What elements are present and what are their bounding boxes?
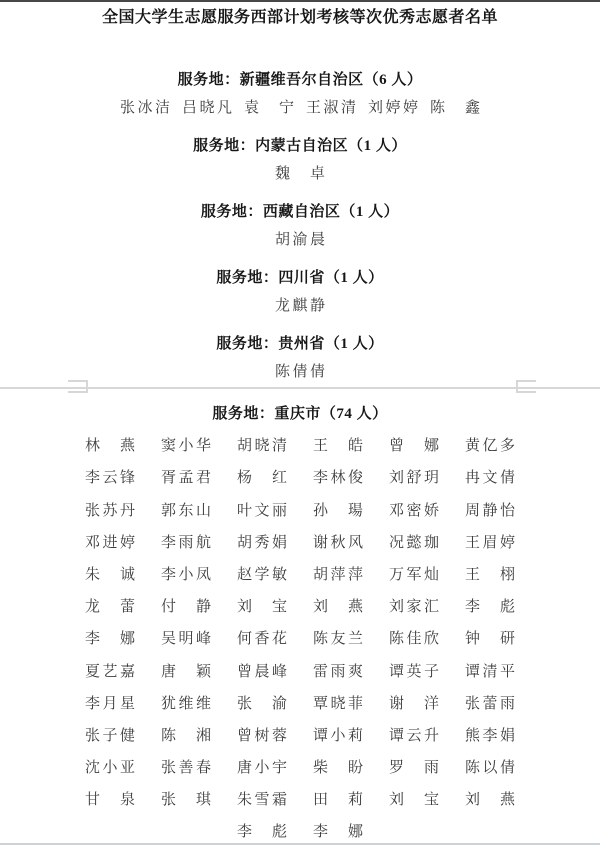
volunteer-name: 谭云升 [389,726,439,746]
volunteer-name: 李娜 [313,822,363,842]
volunteer-name: 胡渝晨 [275,230,325,250]
volunteer-name: 谢洋 [389,694,439,714]
volunteer-name: 王皓 [313,436,363,456]
volunteer-name: 吴明峰 [161,629,211,649]
volunteer-name: 罗雨 [389,758,439,778]
volunteer-name: 林燕 [85,436,135,456]
volunteer-name: 龙麒静 [275,296,325,316]
page-break-line [0,387,600,389]
volunteer-name: 覃晓菲 [313,694,363,714]
section-header: 服务地：内蒙古自治区（1 人） [0,136,600,156]
volunteer-name: 张苏丹 [85,501,135,521]
volunteer-name: 张善春 [161,758,211,778]
volunteer-name: 刘燕 [313,597,363,617]
volunteer-name: 郭东山 [161,501,211,521]
volunteer-name: 夏艺嘉 [85,662,135,682]
volunteer-name: 陈友兰 [313,629,363,649]
volunteer-name: 邓密娇 [389,501,439,521]
document-body: 服务地：新疆维吾尔自治区（6 人）张冰洁吕晓凡袁宁王淑清刘婷婷陈鑫服务地：内蒙古… [0,70,600,842]
page-corner-mark-left [68,380,88,393]
volunteer-name: 谭小莉 [313,726,363,746]
top-border [0,0,600,2]
volunteer-name: 胥孟君 [161,468,211,488]
volunteer-name: 陈湘 [161,726,211,746]
name-row: 夏艺嘉唐颖曾晨峰雷雨爽谭英子谭清平 [0,662,600,682]
volunteer-name: 雷雨爽 [313,662,363,682]
name-row: 林燕窦小华胡晓清王皓曾娜黄亿多 [0,436,600,456]
name-row: 龙麒静 [0,296,600,316]
volunteer-name: 龙蕾 [85,597,135,617]
volunteer-name: 刘宝 [389,790,439,810]
name-row: 李娜吴明峰何香花陈友兰陈佳欣钟研 [0,629,600,649]
volunteer-name: 李月星 [85,694,135,714]
section-header: 服务地：西藏自治区（1 人） [0,202,600,222]
page-break-divider [0,382,600,396]
volunteer-name: 曾娜 [389,436,439,456]
volunteer-name: 万军灿 [389,565,439,585]
volunteer-name: 谢秋风 [313,533,363,553]
name-row: 陈倩倩 [0,362,600,382]
name-row: 朱诚李小凤赵学敏胡萍萍万军灿王栩 [0,565,600,585]
name-row: 甘泉张琪朱雪霜田莉刘宝刘燕 [0,790,600,810]
volunteer-name: 黄亿多 [465,436,515,456]
name-row: 李彪李娜 [0,822,600,842]
volunteer-name: 沈小亚 [85,758,135,778]
page-corner-mark-right [516,380,536,393]
volunteer-name: 魏卓 [275,164,325,184]
name-row: 邓进婷李雨航胡秀娟谢秋风况懿珈王眉婷 [0,533,600,553]
volunteer-name: 陈倩倩 [275,362,325,382]
name-row: 胡渝晨 [0,230,600,250]
volunteer-name: 曾晨峰 [237,662,287,682]
volunteer-name: 王栩 [465,565,515,585]
volunteer-name: 张子健 [85,726,135,746]
volunteer-name: 张蕾雨 [465,694,515,714]
volunteer-name: 张琪 [161,790,211,810]
volunteer-name: 刘家汇 [389,597,439,617]
volunteer-name: 钟研 [465,629,515,649]
volunteer-name: 赵学敏 [237,565,287,585]
name-row: 李月星犹维维张渝覃晓菲谢洋张蕾雨 [0,694,600,714]
section-header: 服务地：四川省（1 人） [0,268,600,288]
volunteer-name: 犹维维 [161,694,211,714]
volunteer-name: 胡秀娟 [237,533,287,553]
volunteer-name: 张冰洁 [120,98,170,118]
volunteer-name: 朱雪霜 [237,790,287,810]
volunteer-name: 李娜 [85,629,135,649]
volunteer-name: 李彪 [465,597,515,617]
volunteer-name: 陈以倩 [465,758,515,778]
volunteer-name: 孙瑒 [313,501,363,521]
volunteer-name: 朱诚 [85,565,135,585]
volunteer-name: 王淑清 [306,98,356,118]
name-row: 张冰洁吕晓凡袁宁王淑清刘婷婷陈鑫 [0,98,600,118]
volunteer-name: 何香花 [237,629,287,649]
name-row: 沈小亚张善春唐小宇柴盼罗雨陈以倩 [0,758,600,778]
volunteer-name: 袁宁 [244,98,294,118]
volunteer-name: 唐小宇 [237,758,287,778]
section-header: 服务地：新疆维吾尔自治区（6 人） [0,70,600,90]
volunteer-name: 叶文丽 [237,501,287,521]
volunteer-name: 邓进婷 [85,533,135,553]
volunteer-name: 吕晓凡 [182,98,232,118]
volunteer-name: 谭英子 [389,662,439,682]
volunteer-name: 周静怡 [465,501,515,521]
volunteer-name: 谭清平 [465,662,515,682]
document-page: 全国大学生志愿服务西部计划考核等次优秀志愿者名单 服务地：新疆维吾尔自治区（6 … [0,0,600,845]
name-row: 龙蕾付静刘宝刘燕刘家汇李彪 [0,597,600,617]
section-header: 服务地：贵州省（1 人） [0,334,600,354]
volunteer-name: 陈鑫 [430,98,480,118]
volunteer-name: 李林俊 [313,468,363,488]
volunteer-name: 李云锋 [85,468,135,488]
volunteer-name: 刘婷婷 [368,98,418,118]
volunteer-name: 刘舒玥 [389,468,439,488]
volunteer-name: 柴盼 [313,758,363,778]
volunteer-name: 张渝 [237,694,287,714]
volunteer-name: 付静 [161,597,211,617]
volunteer-name: 陈佳欣 [389,629,439,649]
volunteer-name: 杨红 [237,468,287,488]
volunteer-name: 王眉婷 [465,533,515,553]
document-title: 全国大学生志愿服务西部计划考核等次优秀志愿者名单 [0,8,600,28]
name-row: 魏卓 [0,164,600,184]
name-row: 张子健陈湘曾树蓉谭小莉谭云升熊李娟 [0,726,600,746]
volunteer-name: 曾树蓉 [237,726,287,746]
volunteer-name: 胡晓清 [237,436,287,456]
volunteer-name: 窦小华 [161,436,211,456]
volunteer-name: 李雨航 [161,533,211,553]
volunteer-name: 甘泉 [85,790,135,810]
volunteer-name: 刘燕 [465,790,515,810]
section-header: 服务地：重庆市（74 人） [0,404,600,424]
volunteer-name: 唐颖 [161,662,211,682]
volunteer-name: 李彪 [237,822,287,842]
name-row: 李云锋胥孟君杨红李林俊刘舒玥冉文倩 [0,468,600,488]
volunteer-name: 熊李娟 [465,726,515,746]
volunteer-name: 冉文倩 [465,468,515,488]
volunteer-name: 田莉 [313,790,363,810]
volunteer-name: 胡萍萍 [313,565,363,585]
volunteer-name: 刘宝 [237,597,287,617]
name-row: 张苏丹郭东山叶文丽孙瑒邓密娇周静怡 [0,501,600,521]
volunteer-name: 况懿珈 [389,533,439,553]
volunteer-name: 李小凤 [161,565,211,585]
